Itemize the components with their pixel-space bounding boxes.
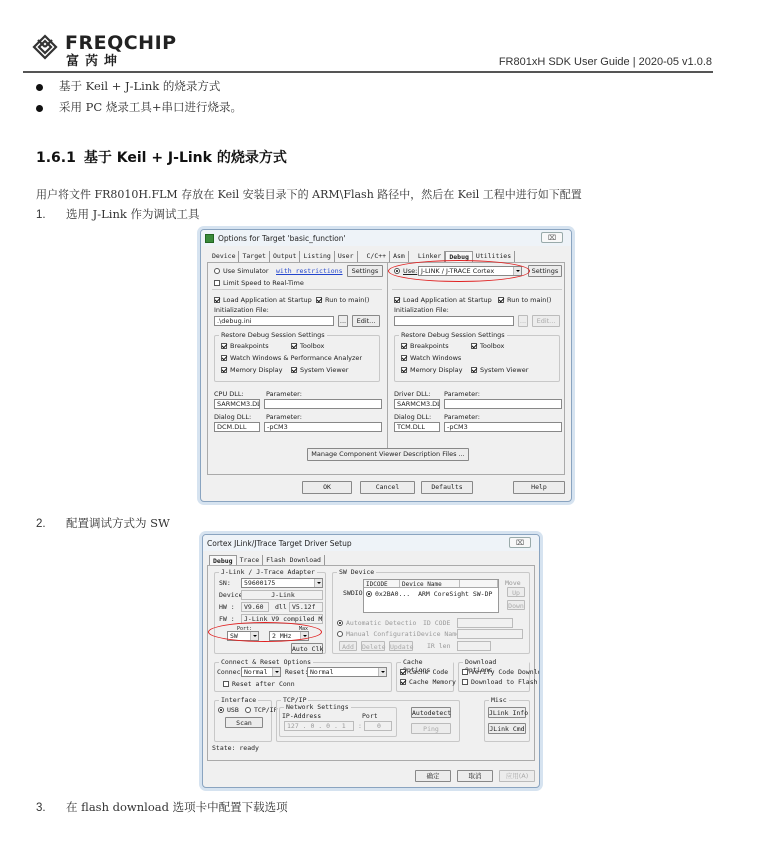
ok-button[interactable]: OK [302, 481, 352, 494]
step-item: 1.选用 J-Link 作为调试工具 [36, 206, 200, 222]
reset-label: Reset: [285, 668, 308, 676]
device-name-input[interactable] [457, 629, 523, 639]
swdio-label: SWDIO [343, 589, 363, 597]
auto-detect-radio[interactable]: Automatic Detectio [337, 619, 416, 627]
port-number-input[interactable]: 0 [364, 721, 392, 731]
sw-device-group: SW Device SWDIO IDCODE Device Name 0x2BA… [332, 572, 530, 654]
document-meta: FR801xH SDK User Guide | 2020-05 v1.0.8 [499, 56, 712, 68]
network-settings-group: Network Settings IP-Address Port 127 . 0… [279, 707, 397, 737]
tab-asm[interactable]: Asm [390, 251, 409, 262]
dialog-param-label-right: Parameter: [444, 413, 480, 421]
init-file-browse-button-right[interactable]: ... [518, 315, 528, 327]
dialog-titlebar: Options for Target 'basic_function' [201, 230, 571, 246]
run-to-main-checkbox-right[interactable]: Run to main() [498, 296, 551, 304]
autodetect-button[interactable]: Autodetect [411, 707, 451, 718]
chevron-down-icon [378, 668, 386, 676]
system-viewer-checkbox[interactable]: System Viewer [291, 366, 348, 374]
reset-select[interactable]: Normal [307, 667, 387, 677]
ok-button[interactable]: 确定 [415, 770, 451, 782]
watch-windows-checkbox[interactable]: Watch Windows & Performance Analyzer [221, 354, 362, 362]
init-file-browse-button[interactable]: ... [338, 315, 348, 327]
driver-settings-button[interactable]: Settings [528, 265, 562, 277]
jlink-info-button[interactable]: JLink Info [488, 707, 526, 718]
ir-len-input[interactable] [457, 641, 491, 651]
scan-button[interactable]: Scan [225, 717, 263, 728]
memory-display-checkbox-right[interactable]: Memory Display [401, 366, 462, 374]
dialog-dll-input-right[interactable]: TCM.DLL [394, 422, 440, 432]
init-file-edit-button[interactable]: Edit... [352, 315, 380, 327]
with-restrictions-link[interactable]: with restrictions [276, 267, 343, 275]
dialog-param-label: Parameter: [266, 413, 302, 421]
logo-text-cn: 富芮坤 [66, 50, 123, 69]
cache-memory-checkbox[interactable]: Cache Memory [400, 678, 456, 686]
id-code-label: ID CODE [423, 619, 450, 627]
defaults-button[interactable]: Defaults [421, 481, 473, 494]
driver-param-input[interactable] [444, 399, 562, 409]
driver-dll-input[interactable]: SARMCM3.DLL [394, 399, 440, 409]
toolbox-checkbox[interactable]: Toolbox [291, 342, 324, 350]
dialog-param-input-right[interactable]: -pCM3 [444, 422, 562, 432]
dialog-dll-input[interactable]: DCM.DLL [214, 422, 260, 432]
close-button[interactable]: ⌧ [541, 232, 563, 243]
dialog-dll-label-right: Dialog DLL: [394, 413, 431, 421]
reset-after-connect-checkbox[interactable]: Reset after Conn [223, 680, 295, 688]
debug-tab-panel: J-Link / J-Trace Adapter SN: 59600175 De… [207, 565, 535, 761]
dll-label: dll [275, 603, 287, 611]
intro-paragraph: 用户将文件 FR8010H.FLM 存放在 Keil 安装目录下的 ARM\Fl… [36, 186, 582, 202]
memory-display-checkbox[interactable]: Memory Display [221, 366, 282, 374]
chevron-down-icon [314, 579, 322, 587]
fw-label: FW : [219, 615, 235, 623]
id-code-input[interactable] [457, 618, 513, 628]
use-simulator-radio[interactable]: Use Simulator [214, 267, 269, 275]
ir-len-label: IR len [427, 642, 450, 650]
cancel-button[interactable]: 取消 [457, 770, 493, 782]
connect-reset-group: Connect & Reset Options Connect: Normal … [214, 662, 392, 692]
driver-dll-label: Driver DLL: [394, 390, 431, 398]
restore-settings-group-right: Restore Debug Session Settings Breakpoin… [394, 335, 560, 382]
tab-cc[interactable]: C/C++ [364, 251, 391, 262]
dialog-dll-label: Dialog DLL: [214, 413, 251, 421]
cache-code-checkbox[interactable]: Cache Code [400, 668, 448, 676]
move-up-button[interactable]: Up [507, 587, 525, 597]
apply-button[interactable]: 应用(A) [499, 770, 535, 782]
help-button[interactable]: Help [513, 481, 565, 494]
close-button[interactable]: ⌧ [509, 537, 531, 548]
ip-address-label: IP-Address [282, 712, 321, 720]
add-button[interactable]: Add [339, 641, 357, 651]
cpu-param-input[interactable] [264, 399, 382, 409]
cancel-button[interactable]: Cancel [360, 481, 415, 494]
usb-radio[interactable]: USB [218, 706, 239, 714]
chevron-down-icon [272, 668, 280, 676]
section-heading: 1.6.1基于 Keil + J-Link 的烧录方式 [36, 147, 287, 167]
cache-options-group: Cache Options Cache Code Cache Memory [396, 662, 454, 692]
hw-value: V9.60 [241, 602, 269, 612]
tab-user[interactable]: User [335, 251, 358, 262]
tcpip-group: TCP/IP Network Settings IP-Address Port … [276, 700, 460, 742]
init-file-input-right[interactable] [394, 316, 514, 326]
bullet-item: 采用 PC 烧录工具+串口进行烧录。 [36, 99, 242, 115]
manual-config-radio[interactable]: Manual Configurati [337, 630, 416, 638]
toolbox-checkbox-right[interactable]: Toolbox [471, 342, 504, 350]
device-value: J-Link [241, 590, 323, 600]
run-to-main-checkbox[interactable]: Run to main() [316, 296, 369, 304]
tab-output[interactable]: Output [270, 251, 300, 262]
watch-windows-checkbox-right[interactable]: Watch Windows [401, 354, 461, 362]
limit-speed-checkbox[interactable]: Limit Speed to Real-Time [214, 279, 304, 287]
bullet-dot-icon [36, 105, 43, 112]
freqchip-logo-icon [32, 34, 58, 60]
verify-code-checkbox[interactable]: Verify Code Downlo [462, 668, 540, 676]
dll-value: V5.12f [289, 602, 323, 612]
port-number-label: Port [362, 712, 378, 720]
breakpoints-checkbox-right[interactable]: Breakpoints [401, 342, 449, 350]
sw-device-table[interactable]: IDCODE Device Name 0x2BA0... ARM CoreSig… [363, 579, 499, 613]
init-file-label: Initialization File: [214, 306, 269, 314]
table-row[interactable]: 0x2BA0... ARM CoreSight SW-DP [366, 590, 492, 599]
misc-group: Misc JLink Info JLink Cmd [484, 700, 530, 742]
init-file-input[interactable]: .\debug.ini [214, 316, 334, 326]
step-item: 2.配置调试方式为 SW [36, 515, 170, 531]
download-options-group: Download Options Verify Code Downlo Down… [458, 662, 530, 692]
highlight-annotation [388, 260, 530, 282]
move-down-button[interactable]: Down [507, 600, 525, 610]
state-label: State: ready [212, 744, 259, 752]
cpu-dll-label: CPU DLL: [214, 390, 244, 398]
delete-button[interactable]: Delete [361, 641, 385, 651]
tab-listing[interactable]: Listing [300, 251, 334, 262]
highlight-annotation [208, 622, 322, 642]
tcpip-radio[interactable]: TCP/IP [245, 706, 277, 714]
ip-address-input[interactable]: 127 . 0 . 0 . 1 [284, 721, 354, 731]
move-label: Move [505, 579, 521, 587]
system-viewer-checkbox-right[interactable]: System Viewer [471, 366, 528, 374]
dialog-titlebar: Cortex JLink/JTrace Target Driver Setup [203, 535, 539, 551]
load-app-checkbox-right[interactable]: Load Application at Startup [394, 296, 492, 304]
hw-label: HW : [219, 603, 235, 611]
tab-device[interactable]: Device [209, 251, 239, 262]
sn-select[interactable]: 59600175 [241, 578, 323, 588]
company-logo: FREQCHIP 富芮坤 [32, 32, 192, 64]
sn-label: SN: [219, 579, 231, 587]
jlink-cmd-button[interactable]: JLink Cmd [488, 723, 526, 734]
init-file-edit-button-right[interactable]: Edit... [532, 315, 560, 327]
driver-param-label: Parameter: [444, 390, 480, 398]
download-to-flash-checkbox[interactable]: Download to Flash [462, 678, 538, 686]
manage-component-viewer-button[interactable]: Manage Component Viewer Description File… [307, 448, 469, 461]
load-app-checkbox[interactable]: Load Application at Startup [214, 296, 312, 304]
device-name-label: Device Name [417, 630, 460, 638]
bullet-item: 基于 Keil + J-Link 的烧录方式 [36, 78, 220, 94]
interface-group: Interface USB TCP/IP Scan [214, 700, 272, 742]
tab-target[interactable]: Target [239, 251, 269, 262]
init-file-label-right: Initialization File: [394, 306, 449, 314]
jlink-driver-setup-dialog: Cortex JLink/JTrace Target Driver Setup … [202, 534, 540, 788]
step-item: 3.在 flash download 选项卡中配置下载选项 [36, 799, 288, 815]
debug-tab-panel: Use Simulator with restrictions Settings… [207, 262, 565, 475]
connect-select[interactable]: Normal [241, 667, 281, 677]
keil-app-icon [205, 234, 214, 243]
cpu-dll-input[interactable]: SARMCM3.DLL [214, 399, 260, 409]
header-divider [23, 71, 713, 73]
breakpoints-checkbox[interactable]: Breakpoints [221, 342, 269, 350]
update-button[interactable]: Update [389, 641, 413, 651]
simulator-settings-button[interactable]: Settings [347, 265, 383, 277]
dialog-param-input[interactable]: -pCM3 [264, 422, 382, 432]
cpu-param-label: Parameter: [266, 390, 302, 398]
auto-clk-button[interactable]: Auto Clk [291, 643, 323, 654]
options-for-target-dialog: Options for Target 'basic_function' ⌧ De… [200, 229, 572, 502]
restore-settings-group: Restore Debug Session Settings Breakpoin… [214, 335, 380, 382]
bullet-dot-icon [36, 84, 43, 91]
ping-button[interactable]: Ping [411, 723, 451, 734]
